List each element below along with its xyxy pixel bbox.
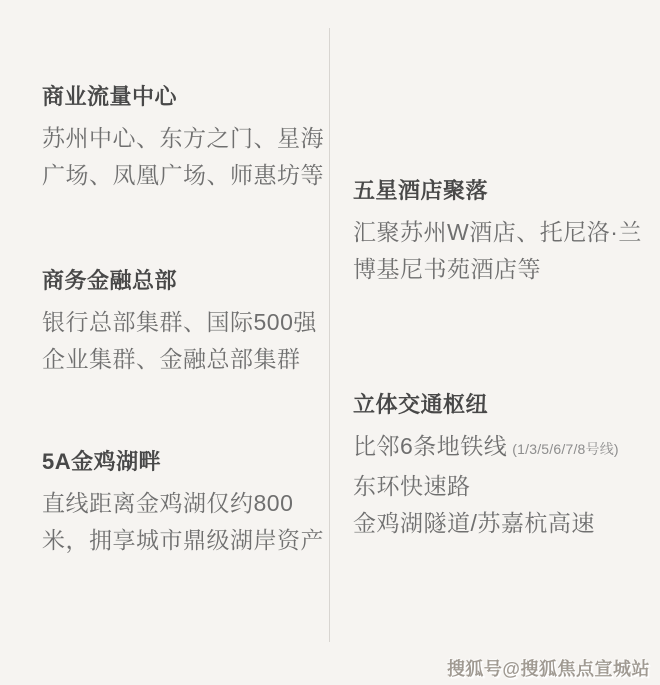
body-line: 米，拥享城市鼎级湖岸资产 [42,522,324,559]
body-line: 银行总部集群、国际500强 [42,304,317,341]
section-heading: 五星酒店聚落 [353,176,642,206]
page-background: 商业流量中心 苏州中心、东方之门、星海 广场、凤凰广场、师惠坊等 商务金融总部 … [0,0,660,685]
body-line-text: 比邻6条地铁线 [353,433,507,459]
section-commercial-traffic-center: 商业流量中心 苏州中心、东方之门、星海 广场、凤凰广场、师惠坊等 [42,82,324,194]
body-line: 比邻6条地铁线(1/3/5/6/7/8号线) [353,428,619,468]
section-heading: 立体交通枢纽 [353,390,619,420]
body-line: 汇聚苏州W酒店、托尼洛·兰 [353,214,642,251]
body-line: 金鸡湖隧道/苏嘉杭高速 [353,505,619,542]
section-transport-hub: 立体交通枢纽 比邻6条地铁线(1/3/5/6/7/8号线) 东环快速路 金鸡湖隧… [353,390,619,542]
sohu-watermark: 搜狐号@搜狐焦点宣城站 [447,655,650,681]
section-five-star-hotels: 五星酒店聚落 汇聚苏州W酒店、托尼洛·兰 博基尼书苑酒店等 [353,176,642,288]
column-divider [329,28,330,642]
metro-lines-note: (1/3/5/6/7/8号线) [512,441,619,457]
body-line: 企业集群、金融总部集群 [42,341,317,378]
section-business-finance-hq: 商务金融总部 银行总部集群、国际500强 企业集群、金融总部集群 [42,266,317,378]
body-line: 东环快速路 [353,468,619,505]
body-line: 广场、凤凰广场、师惠坊等 [42,157,324,194]
body-line: 苏州中心、东方之门、星海 [42,120,324,157]
body-line: 博基尼书苑酒店等 [353,251,642,288]
section-heading: 5A金鸡湖畔 [42,447,324,477]
section-heading: 商业流量中心 [42,82,324,112]
section-heading: 商务金融总部 [42,266,317,296]
body-line: 直线距离金鸡湖仅约800 [42,485,324,522]
section-jinji-lakeside: 5A金鸡湖畔 直线距离金鸡湖仅约800 米，拥享城市鼎级湖岸资产 [42,447,324,559]
